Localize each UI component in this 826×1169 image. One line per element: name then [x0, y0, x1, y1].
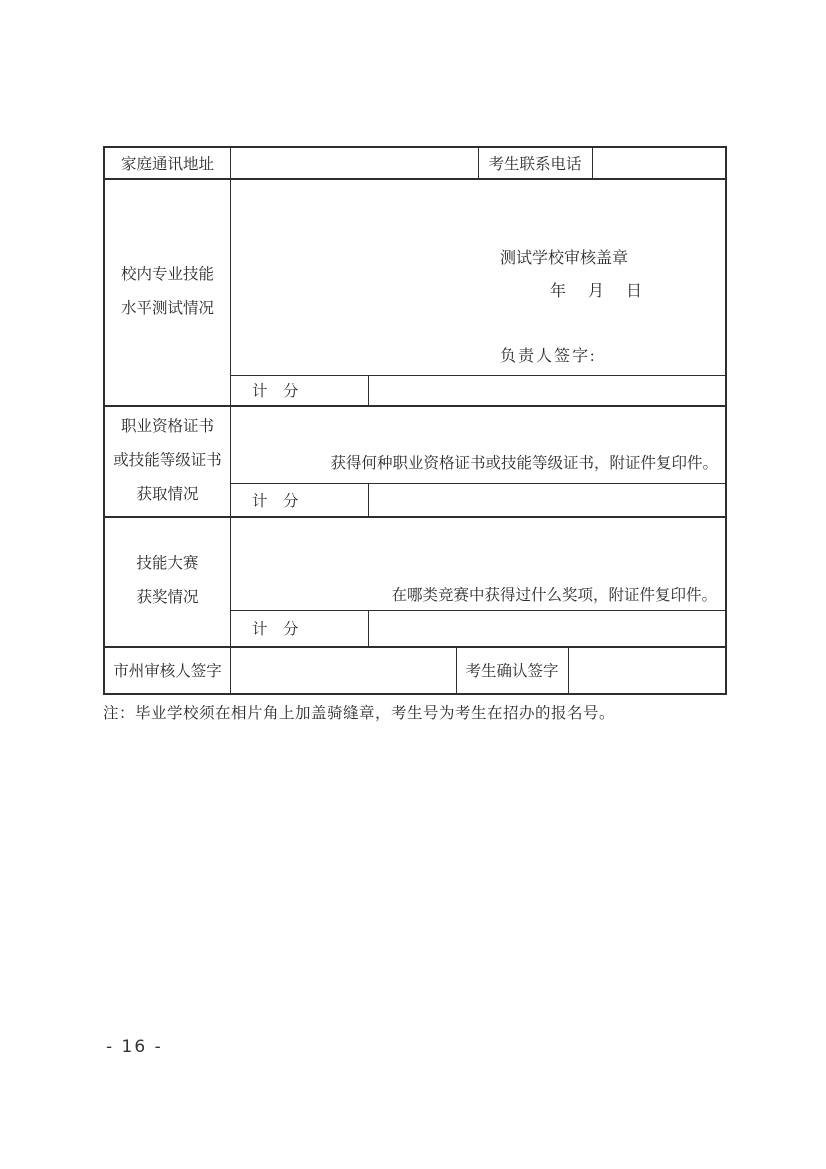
candidate-confirm-sign-field	[568, 646, 725, 693]
skill-test-label-line2: 水平测试情况	[121, 292, 214, 326]
skill-test-section-label: 校内专业技能 水平测试情况	[105, 178, 230, 405]
skill-test-label-line1: 校内专业技能	[121, 258, 214, 292]
certificate-score-field	[368, 483, 725, 516]
competition-content-area: 在哪类竞赛中获得过什么奖项，附证件复印件。	[230, 516, 725, 610]
certificate-label-line3: 获取情况	[136, 478, 198, 512]
application-form-table: 家庭通讯地址 考生联系电话 校内专业技能 水平测试情况 测试学校审核盖章 年 月…	[103, 146, 727, 695]
test-school-stamp-line: 测试学校审核盖章	[500, 245, 628, 268]
skill-test-score-field	[368, 375, 725, 405]
certificate-label-line2: 或技能等级证书	[113, 444, 222, 478]
certificate-content-area: 获得何种职业资格证书或技能等级证书，附证件复印件。	[230, 405, 725, 483]
candidate-phone-label: 考生联系电话	[478, 148, 592, 178]
certificate-score-label: 计 分	[230, 483, 368, 516]
city-reviewer-sign-field	[230, 646, 456, 693]
skill-test-score-label: 计 分	[230, 375, 368, 405]
table-grid: 家庭通讯地址 考生联系电话 校内专业技能 水平测试情况 测试学校审核盖章 年 月…	[105, 148, 725, 693]
certificate-section-label: 职业资格证书 或技能等级证书 获取情况	[105, 405, 230, 516]
stamp-date-line: 年 月 日	[550, 278, 645, 301]
home-address-field	[230, 148, 478, 178]
skill-test-content-area: 测试学校审核盖章 年 月 日 负责人签字:	[230, 178, 725, 375]
candidate-phone-field	[592, 148, 725, 178]
competition-hint-text: 在哪类竞赛中获得过什么奖项，附证件复印件。	[391, 583, 717, 605]
city-reviewer-sign-label: 市州审核人签字	[105, 646, 230, 693]
competition-label-line2: 获奖情况	[136, 581, 198, 615]
certificate-hint-text: 获得何种职业资格证书或技能等级证书，附证件复印件。	[330, 451, 718, 473]
home-address-label: 家庭通讯地址	[105, 148, 230, 178]
footnote: 注：毕业学校须在相片角上加盖骑缝章，考生号为考生在招办的报名号。	[103, 703, 743, 725]
responsible-person-sign-line: 负责人签字:	[500, 343, 596, 366]
competition-section-label: 技能大赛 获奖情况	[105, 516, 230, 646]
page-number: - 16 -	[106, 1037, 163, 1057]
candidate-confirm-sign-label: 考生确认签字	[456, 646, 568, 693]
certificate-label-line1: 职业资格证书	[121, 410, 214, 444]
competition-label-line1: 技能大赛	[136, 547, 198, 581]
document-page: 家庭通讯地址 考生联系电话 校内专业技能 水平测试情况 测试学校审核盖章 年 月…	[0, 0, 826, 1169]
competition-score-label: 计 分	[230, 610, 368, 646]
competition-score-field	[368, 610, 725, 646]
